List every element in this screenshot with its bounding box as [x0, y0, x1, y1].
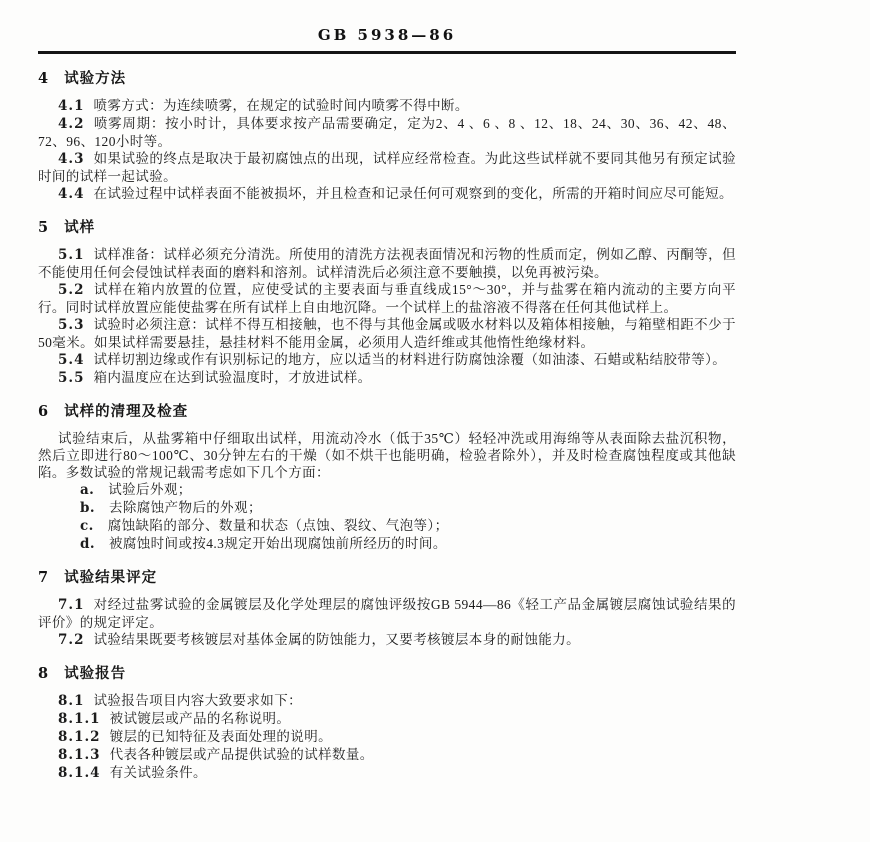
section-7-heading: 7试验结果评定 [38, 566, 736, 587]
section-4-heading: 4试验方法 [38, 67, 736, 88]
clause-number: 4.2 [58, 116, 85, 132]
section-4: 4试验方法 4.1喷雾方式：为连续喷雾，在规定的试验时间内喷雾不得中断。 4.2… [38, 67, 736, 203]
clause-text: 试验报告项目内容大致要求如下： [94, 693, 303, 708]
clause-number: 8.1.4 [58, 765, 101, 781]
list-item-label: c. [80, 518, 94, 534]
clause-8-1-3: 8.1.3代表各种镀层或产品提供试验的试样数量。 [38, 746, 736, 764]
section-8-heading: 8试验报告 [38, 662, 736, 683]
clause-text: 对经过盐雾试验的金属镀层及化学处理层的腐蚀评级按GB 5944—86《轻工产品金… [38, 597, 736, 630]
list-item-text: 腐蚀缺陷的部分、数量和状态（点蚀、裂纹、气泡等）； [108, 518, 449, 533]
list-item-text: 被腐蚀时间或按4.3规定开始出现腐蚀前所经历的时间。 [109, 536, 447, 551]
clause-5-4: 5.4试样切割边缘或作有识别标记的地方，应以适当的材料进行防腐蚀涂覆（如油漆、石… [38, 351, 736, 369]
section-5: 5试样 5.1试样准备：试样必须充分清洗。所使用的清洗方法视表面情况和污物的性质… [38, 216, 736, 387]
clause-number: 5.4 [58, 352, 85, 368]
clause-8-1-2: 8.1.2镀层的已知特征及表面处理的说明。 [38, 728, 736, 746]
section-title: 试样 [64, 220, 95, 236]
clause-number: 8.1.2 [58, 729, 101, 745]
clause-7-2: 7.2试验结果既要考核镀层对基体金属的防蚀能力，又要考核镀层本身的耐蚀能力。 [38, 631, 736, 649]
clause-number: 4.4 [58, 186, 85, 202]
section-6-intro: 试验结束后，从盐雾箱中仔细取出试样，用流动冷水（低于35℃）轻轻冲洗或用海绵等从… [38, 430, 736, 481]
header-rule [38, 51, 736, 54]
clause-4-4: 4.4在试验过程中试样表面不能被损坏，并且检查和记录任何可观察到的变化，所需的开… [38, 185, 736, 203]
section-number: 5 [38, 219, 49, 236]
clause-text: 试样在箱内放置的位置，应使受试的主要表面与垂直线成15°～30°，并与盐雾在箱内… [38, 282, 736, 315]
clause-number: 4.1 [58, 98, 85, 114]
clause-5-5: 5.5箱内温度应在达到试验温度时，才放进试样。 [38, 369, 736, 387]
clause-text: 箱内温度应在达到试验温度时，才放进试样。 [94, 370, 372, 385]
clause-number: 7.2 [58, 632, 85, 648]
clause-number: 5.1 [58, 247, 85, 263]
list-item-text: 试验后外观； [108, 482, 191, 497]
section-title: 试样的清理及检查 [64, 404, 188, 420]
section-title: 试验结果评定 [64, 570, 157, 586]
clause-8-1-4: 8.1.4有关试验条件。 [38, 764, 736, 782]
list-item-a: a.试验后外观； [38, 481, 736, 499]
section-title: 试验方法 [64, 71, 126, 87]
section-6-heading: 6试样的清理及检查 [38, 400, 736, 421]
section-8: 8试验报告 8.1试验报告项目内容大致要求如下： 8.1.1被试镀层或产品的名称… [38, 662, 736, 782]
section-number: 8 [38, 665, 49, 682]
clause-8-1-1: 8.1.1被试镀层或产品的名称说明。 [38, 710, 736, 728]
clause-number: 5.2 [58, 282, 85, 298]
list-item-label: d. [80, 536, 95, 552]
clause-5-1: 5.1试样准备：试样必须充分清洗。所使用的清洗方法视表面情况和污物的性质而定，例… [38, 246, 736, 281]
list-item-c: c.腐蚀缺陷的部分、数量和状态（点蚀、裂纹、气泡等）； [38, 517, 736, 535]
section-title: 试验报告 [64, 666, 126, 682]
clause-4-2: 4.2喷雾周期：按小时计，具体要求按产品需要确定，定为2、4 、6 、8 、12… [38, 115, 736, 150]
clause-4-3: 4.3如果试验的终点是取决于最初腐蚀点的出现，试样应经常检查。为此这些试样就不要… [38, 150, 736, 185]
clause-text: 有关试验条件。 [110, 765, 207, 780]
clause-text: 试验时必须注意：试样不得互相接触，也不得与其他金属或吸水材料以及箱体相接触，与箱… [38, 317, 736, 350]
list-item-text: 去除腐蚀产物后的外观； [109, 500, 262, 515]
clause-5-2: 5.2试样在箱内放置的位置，应使受试的主要表面与垂直线成15°～30°，并与盐雾… [38, 281, 736, 316]
clause-7-1: 7.1对经过盐雾试验的金属镀层及化学处理层的腐蚀评级按GB 5944—86《轻工… [38, 596, 736, 631]
clause-text: 喷雾方式：为连续喷雾，在规定的试验时间内喷雾不得中断。 [94, 98, 469, 113]
section-7: 7试验结果评定 7.1对经过盐雾试验的金属镀层及化学处理层的腐蚀评级按GB 59… [38, 566, 736, 649]
clause-text: 被试镀层或产品的名称说明。 [110, 711, 291, 726]
clause-text: 喷雾周期：按小时计，具体要求按产品需要确定，定为2、4 、6 、8 、12、18… [38, 116, 736, 149]
clause-text: 镀层的已知特征及表面处理的说明。 [110, 729, 332, 744]
clause-text: 如果试验的终点是取决于最初腐蚀点的出现，试样应经常检查。为此这些试样就不要同其他… [38, 151, 736, 184]
clause-8-1: 8.1试验报告项目内容大致要求如下： [38, 692, 736, 710]
clause-number: 8.1.1 [58, 711, 101, 727]
section-number: 7 [38, 569, 49, 586]
list-item-d: d.被腐蚀时间或按4.3规定开始出现腐蚀前所经历的时间。 [38, 535, 736, 553]
clause-text: 试样准备：试样必须充分清洗。所使用的清洗方法视表面情况和污物的性质而定，例如乙醇… [38, 247, 736, 280]
clause-text: 试验结束后，从盐雾箱中仔细取出试样，用流动冷水（低于35℃）轻轻冲洗或用海绵等从… [38, 431, 736, 480]
list-item-label: b. [80, 500, 95, 516]
clause-number: 4.3 [58, 151, 85, 167]
clause-number: 8.1 [58, 693, 85, 709]
clause-4-1: 4.1喷雾方式：为连续喷雾，在规定的试验时间内喷雾不得中断。 [38, 97, 736, 115]
clause-number: 8.1.3 [58, 747, 101, 763]
clause-number: 5.5 [58, 370, 85, 386]
clause-text: 试验结果既要考核镀层对基体金属的防蚀能力，又要考核镀层本身的耐蚀能力。 [94, 632, 581, 647]
clause-text: 代表各种镀层或产品提供试验的试样数量。 [110, 747, 374, 762]
page-content: GB 5938—86 4试验方法 4.1喷雾方式：为连续喷雾，在规定的试验时间内… [38, 26, 736, 782]
section-number: 6 [38, 403, 49, 420]
section-5-heading: 5试样 [38, 216, 736, 237]
section-number: 4 [38, 70, 49, 87]
clause-number: 7.1 [58, 597, 85, 613]
clause-text: 在试验过程中试样表面不能被损坏，并且检查和记录任何可观察到的变化，所需的开箱时间… [94, 186, 733, 201]
list-item-b: b.去除腐蚀产物后的外观； [38, 499, 736, 517]
clause-text: 试样切割边缘或作有识别标记的地方，应以适当的材料进行防腐蚀涂覆（如油漆、石蜡或粘… [94, 352, 727, 367]
clause-5-3: 5.3试验时必须注意：试样不得互相接触，也不得与其他金属或吸水材料以及箱体相接触… [38, 316, 736, 351]
document-page: GB 5938—86 4试验方法 4.1喷雾方式：为连续喷雾，在规定的试验时间内… [0, 0, 870, 842]
section-6: 6试样的清理及检查 试验结束后，从盐雾箱中仔细取出试样，用流动冷水（低于35℃）… [38, 400, 736, 553]
list-item-label: a. [80, 482, 94, 498]
doc-number: GB 5938—86 [38, 26, 736, 44]
clause-number: 5.3 [58, 317, 85, 333]
